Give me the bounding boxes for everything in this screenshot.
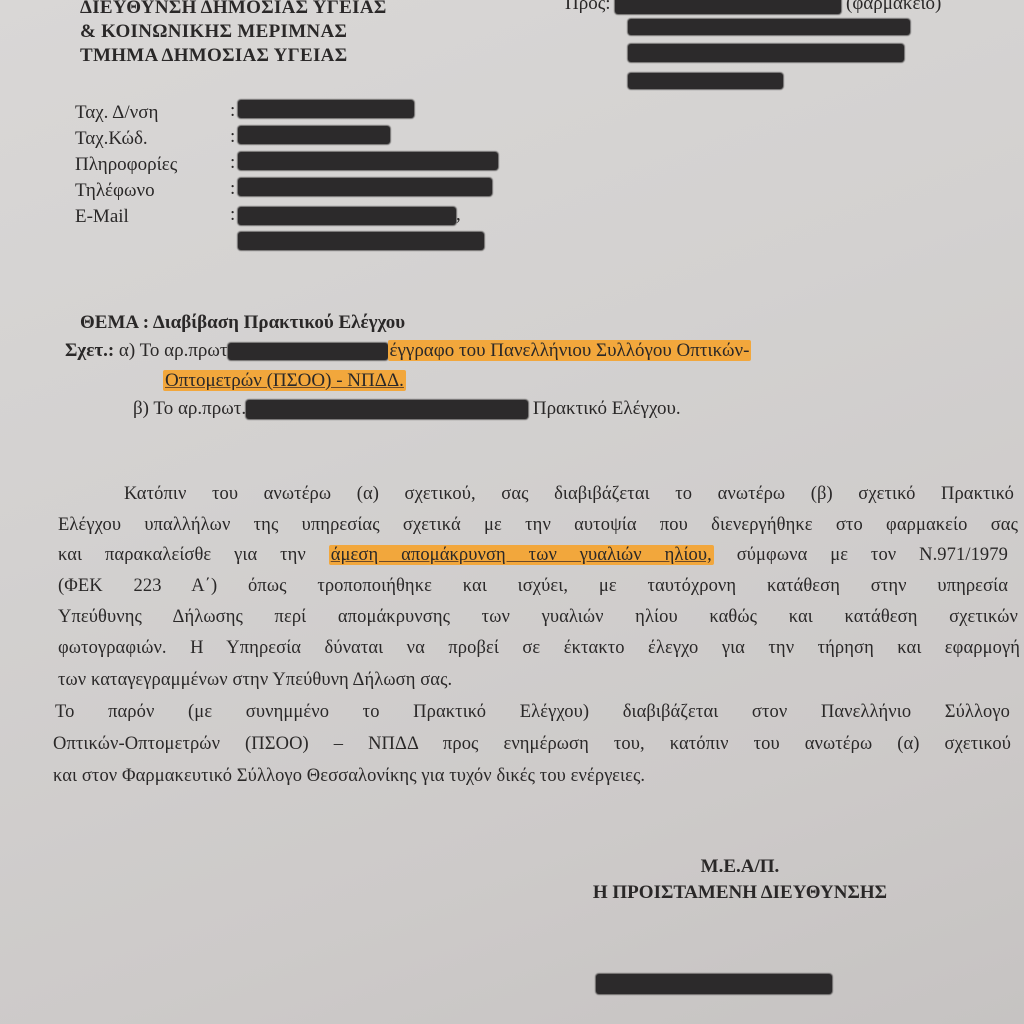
redacted-postcode-value [238,126,390,144]
redacted-information-value [238,152,498,170]
body-line-4: (ΦΕΚ 223 Α΄) όπως τροποποιήθηκε και ισχύ… [58,576,1008,597]
body-line-3-post: σύμφωνα με τον Ν.971/1979 [737,545,1008,565]
related-item-a: Σχετ.: α) Το αρ.πρωτέγγραφο του Πανελλήν… [65,340,751,362]
related-label: Σχετ.: [65,340,114,361]
field-colon: : [230,204,235,226]
field-colon: : [230,126,235,148]
header-line-2: & ΚΟΙΝΩΝΙΚΗΣ ΜΕΡΙΜΝΑΣ [80,20,387,44]
recipient-label: Προς: [565,0,611,14]
signature-block: Μ.Ε.Α/Π. Η ΠΡΟΙΣΤΑΜΕΝΗ ΔΙΕΥΘΥΝΣΗΣ [540,856,940,904]
redacted-address-value [238,100,414,118]
body-line-3-pre: και παρακαλείσθε για την [58,545,306,565]
body-line-8: Το παρόν (με συνημμένο το Πρακτικό Ελέγχ… [55,702,1010,723]
related-a-highlight-1: έγγραφο του Πανελλήνιου Συλλόγου Οπτικών… [388,340,752,361]
related-item-a-continued: Οπτομετρών (ΠΣΟΟ) - ΝΠΔΔ. [163,370,406,392]
body-line-7: των καταγεγραμμένων στην Υπεύθυνη Δήλωση… [58,670,452,691]
field-colon: : [230,152,235,174]
body-highlight-sunglasses-removal: άμεση απομάκρυνση των γυαλιών ηλίου, [329,545,714,565]
subject-line: ΘΕΜΑ : Διαβίβαση Πρακτικού Ελέγχου [80,312,405,334]
field-label-information: Πληροφορίες [75,154,177,176]
body-line-2: Ελέγχου υπαλλήλων της υπηρεσίας σχετικά … [58,515,1018,536]
document-page: ΔΙΕΥΘΥΝΣΗ ΔΗΜΟΣΙΑΣ ΥΓΕΙΑΣ & ΚΟΙΝΩΝΙΚΗΣ Μ… [0,0,1024,1024]
related-b-suffix: Πρακτικό Ελέγχου. [533,398,681,419]
field-label-address: Ταχ. Δ/νση [75,102,158,124]
body-line-6: φωτογραφιών. Η Υπηρεσία δύναται να προβε… [58,638,1020,659]
header-line-1: ΔΙΕΥΘΥΝΣΗ ΔΗΜΟΣΙΑΣ ΥΓΕΙΑΣ [80,0,387,20]
body-line-1: Κατόπιν του ανωτέρω (α) σχετικού, σας δι… [124,484,1014,505]
redacted-recipient-address-3 [628,73,783,89]
redacted-email-value-2 [238,232,484,250]
redacted-signatory-name [596,974,832,994]
signature-title-2: Η ΠΡΟΙΣΤΑΜΕΝΗ ΔΙΕΥΘΥΝΣΗΣ [540,882,940,904]
recipient-line: Προς: (φαρμακείο) [565,0,941,16]
body-line-5: Υπεύθυνης Δήλωσης περί απομάκρυνσης των … [58,607,1018,628]
related-b-prefix: β) Το αρ.πρωτ. [133,398,246,419]
body-line-9: Οπτικών-Οπτομετρών (ΠΣΟΟ) – ΝΠΔΔ προς εν… [53,734,1011,755]
header-line-3: ΤΜΗΜΑ ΔΗΜΟΣΙΑΣ ΥΓΕΙΑΣ [80,44,387,68]
redacted-email-value-1 [238,207,456,225]
redacted-recipient-name [615,0,841,14]
field-colon: : [230,100,235,122]
signature-title-1: Μ.Ε.Α/Π. [540,856,940,878]
related-a-prefix: α) Το αρ.πρωτ [119,340,228,361]
body-line-3: και παρακαλείσθε για την άμεση απομάκρυν… [58,545,1008,566]
field-label-email: E-Mail [75,206,129,228]
body-line-10: και στον Φαρμακευτικό Σύλλογο Θεσσαλονίκ… [53,766,645,787]
field-label-phone: Τηλέφωνο [75,180,155,202]
department-header: ΔΙΕΥΘΥΝΣΗ ΔΗΜΟΣΙΑΣ ΥΓΕΙΑΣ & ΚΟΙΝΩΝΙΚΗΣ Μ… [80,0,387,68]
related-item-b: β) Το αρ.πρωτ. Πρακτικό Ελέγχου. [133,398,681,420]
email-separator: , [456,204,461,225]
redacted-recipient-address-1 [628,19,910,35]
recipient-suffix: (φαρμακείο) [846,0,941,14]
redacted-protocol-number-a [228,343,388,360]
field-colon: : [230,178,235,200]
field-label-postcode: Ταχ.Κώδ. [75,128,148,150]
redacted-protocol-number-b [246,400,528,419]
redacted-phone-value [238,178,492,196]
redacted-recipient-address-2 [628,44,904,62]
related-a-highlight-2: Οπτομετρών (ΠΣΟΟ) - ΝΠΔΔ. [163,370,406,391]
